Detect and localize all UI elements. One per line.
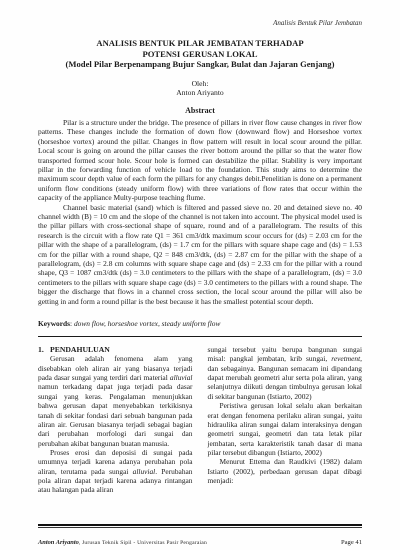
- page-number: Page 41: [341, 539, 362, 546]
- byline: Oleh: Anton Ariyanto: [38, 79, 362, 98]
- section-heading: 1. PENDAHULUAN: [38, 345, 193, 354]
- running-header: Analisis Bentuk Pilar Jembatan: [38, 0, 362, 27]
- left-column: 1. PENDAHULUAN Gerusan adalah fenomena a…: [38, 345, 193, 495]
- footer-affiliation: , Jurusan Teknik Sipil - Universitas Pas…: [79, 540, 207, 546]
- abstract-heading: Abstract: [38, 106, 362, 115]
- right-column: sungai tersebut yaitu berupa bangunan su…: [208, 345, 363, 495]
- keywords-label: Keywords: [38, 319, 70, 328]
- page-footer: Anton Ariyanto, Jurusan Teknik Sipil - U…: [38, 524, 362, 549]
- section-heading-label: PENDAHULUAN: [50, 345, 110, 354]
- intro-paragraph: Menurut Ettema dan Raudkivi (1982) dalam…: [208, 457, 363, 485]
- author-name: Anton Ariyanto: [38, 88, 362, 98]
- paper-page: Analisis Bentuk Pilar Jembatan ANALISIS …: [0, 0, 400, 550]
- footer-rule-thin: [38, 527, 362, 528]
- paper-title-line1: ANALISIS BENTUK PILAR JEMBATAN TERHADAP: [38, 38, 362, 49]
- abstract-paragraph-1: Pilar is a structure under the bridge. T…: [38, 118, 362, 203]
- intro-paragraph: Proses erosi dan deposisi di sungai pada…: [38, 448, 193, 495]
- keywords-line: Keywords: down flow, horseshoe vortex, s…: [38, 319, 362, 328]
- section-number: 1.: [38, 345, 50, 354]
- keywords-value: down flow, horseshoe vortex, steady unif…: [74, 319, 220, 328]
- footer-credit: Anton Ariyanto, Jurusan Teknik Sipil - U…: [38, 531, 207, 549]
- intro-paragraph: Gerusan adalah fenomena alam yang diseba…: [38, 354, 193, 447]
- intro-paragraph: Peristiwa gerusan lokal selalu akan berk…: [208, 401, 363, 457]
- abstract-paragraph-2: Channel basic material (sand) which is f…: [38, 203, 362, 306]
- section-divider-rule: [38, 336, 362, 337]
- intro-paragraph: sungai tersebut yaitu berupa bangunan su…: [208, 345, 363, 401]
- byline-label: Oleh:: [38, 79, 362, 89]
- paper-title-line2: POTENSI GERUSAN LOKAL: [38, 49, 362, 60]
- paper-title: ANALISIS BENTUK PILAR JEMBATAN TERHADAP …: [38, 38, 362, 70]
- footer-author: Anton Ariyanto: [38, 539, 79, 546]
- footer-rule-thick: [38, 524, 362, 526]
- two-column-body: 1. PENDAHULUAN Gerusan adalah fenomena a…: [38, 345, 362, 495]
- paper-title-line3: (Model Pilar Berpenampang Bujur Sangkar,…: [38, 59, 362, 70]
